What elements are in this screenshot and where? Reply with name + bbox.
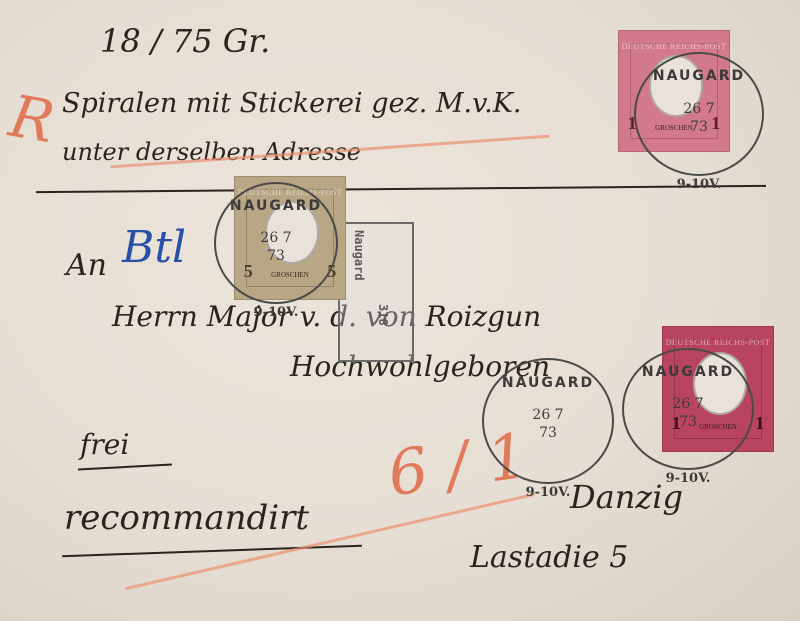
postmark-town: NAUGARD <box>636 68 762 84</box>
registered-underline <box>62 545 362 557</box>
postmark-on-5-groschen: NAUGARD 26 773 9-10V. <box>214 182 338 304</box>
street: Lastadie 5 <box>470 540 628 575</box>
postmark-date: 26 773 <box>624 395 752 431</box>
red-crayon-mark: R <box>4 82 59 157</box>
postmark-time: 9-10V. <box>216 305 336 320</box>
franco-note: frei <box>80 428 129 461</box>
postmark-time: 9-10V. <box>624 471 752 486</box>
postmark-time: 9-10V. <box>484 485 612 500</box>
addressee-prefix: An <box>66 248 107 283</box>
franco-underline <box>78 464 172 470</box>
postmark-time: 9-10V. <box>636 177 762 192</box>
postmark-top-right: NAUGARD 26 773 9-10V. <box>634 52 764 176</box>
postmark-town: NAUGARD <box>484 375 612 391</box>
postmark-date: 26 773 <box>484 406 612 442</box>
stamp-header: DEUTSCHE REICHS-POST <box>663 338 773 347</box>
blue-crayon-mark: Btl <box>122 222 186 273</box>
postmark-date: 26 773 <box>216 229 336 265</box>
postmark-town: NAUGARD <box>216 198 336 214</box>
stamp-header: DEUTSCHE REICHS-POST <box>619 42 729 51</box>
postmark-date: 26 773 <box>636 100 762 136</box>
handwritten-fee: 18 / 75 Gr. <box>100 22 270 60</box>
postmark-town: NAUGARD <box>624 364 752 380</box>
registration-label-text: Naugard <box>352 230 366 281</box>
postmark-center: NAUGARD 26 773 9-10V. <box>482 358 614 484</box>
postmark-lower-right: NAUGARD 26 773 9-10V. <box>622 348 754 470</box>
registration-label-number: 318 <box>376 304 390 326</box>
registered-note: recommandirt <box>64 498 309 538</box>
envelope: 18 / 75 Gr. Spiralen mit Stickerei gez. … <box>0 0 800 621</box>
registration-label: Naugard 318 <box>338 222 414 362</box>
handwritten-line-contents: Spiralen mit Stickerei gez. M.v.K. <box>62 88 522 119</box>
